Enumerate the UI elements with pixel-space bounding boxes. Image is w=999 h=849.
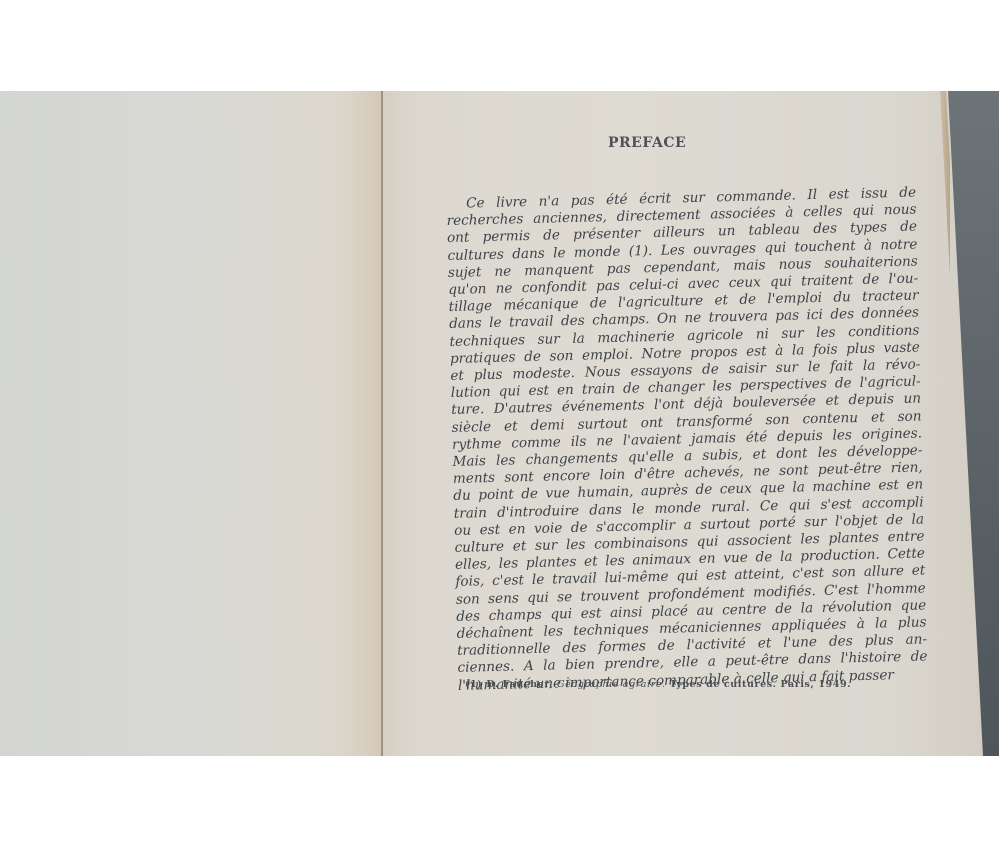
book-photo: PREFACE Ce livre n'a pas été écrit sur c… xyxy=(0,91,999,756)
footnote-details: Types de cultures. Paris, 1949. xyxy=(670,679,851,690)
footnote: (1) D. Faucher, Géographie agraire. Type… xyxy=(465,679,851,690)
footnote-author: D. Faucher, xyxy=(486,679,553,690)
footnote-title: Géographie agraire. xyxy=(557,679,666,690)
left-page xyxy=(0,91,383,756)
preface-paragraph: Ce livre n'a pas été écrit sur commande.… xyxy=(446,184,936,694)
footnote-marker: (1) xyxy=(465,679,482,690)
book-gutter xyxy=(381,91,383,756)
page-heading: PREFACE xyxy=(608,135,686,151)
